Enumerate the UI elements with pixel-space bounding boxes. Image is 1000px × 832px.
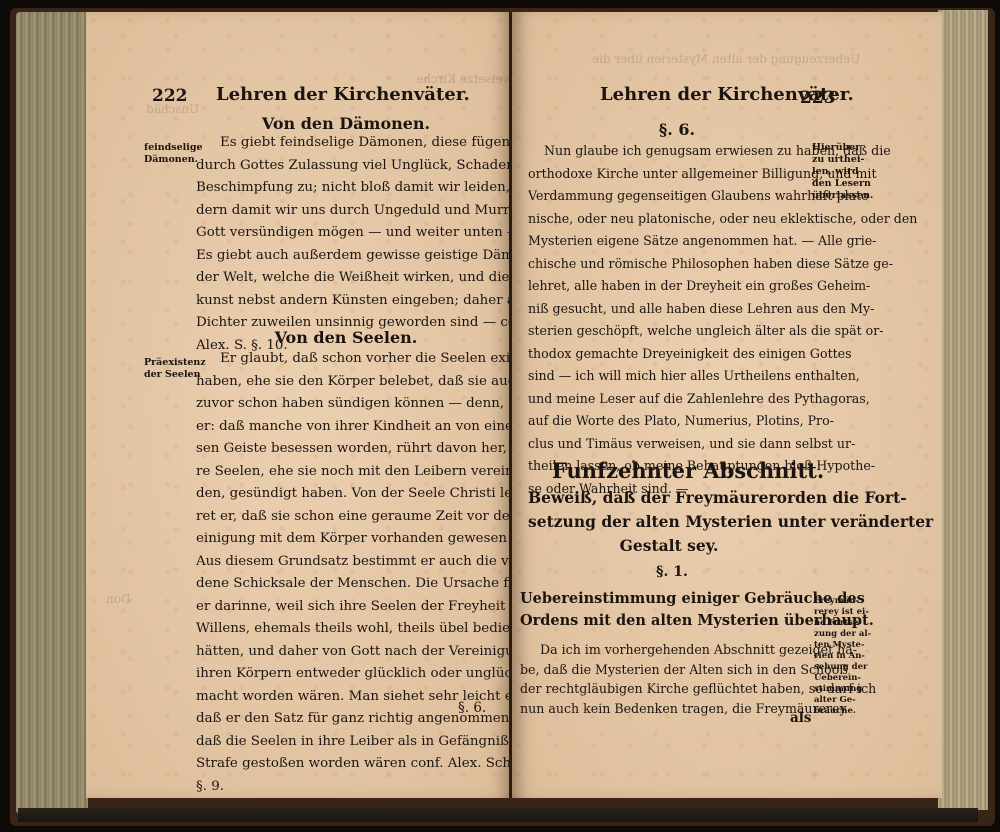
right-page: Ueberzeugung der alten Mysterien über di… [512, 12, 942, 798]
left-page-edges [16, 12, 88, 814]
chapter-subtitle: Beweiß, daß der Freymäurerorden die Fort… [528, 486, 810, 558]
margin-note-daemonen: feindselige Dämonen. [144, 142, 203, 166]
running-head: Lehren der Kirchenväter. [216, 84, 470, 105]
body-text-daemonen: Es giebt feindselige Dämonen, diese füge… [196, 132, 500, 357]
page-number: 222 [152, 86, 188, 106]
catchword: als [790, 710, 811, 726]
section-heading-seelen: Von den Seelen. [236, 328, 456, 347]
section-heading-para1: §. 1. [612, 564, 732, 580]
chapter-title: Funfzehnter Abschnitt. [552, 458, 792, 483]
body-text-seelen: Er glaubt, daß schon vorher die Seelen e… [196, 348, 500, 798]
show-through-text: Ueberzeugung der alten Mysterien über di… [592, 52, 860, 66]
left-page: ab der unbeweisetze Kirche Unschäd Don 2… [86, 12, 511, 798]
section-title-uebereinstimmung: Uebereinstimmung einiger Gebräuche des O… [520, 588, 812, 632]
cover-bottom-edge [18, 808, 978, 822]
page-number: 223 [800, 88, 836, 108]
section-heading-para6: §. 6. [602, 120, 752, 139]
show-through-text: Don [106, 592, 131, 606]
body-text-para1: Da ich im vorhergehenden Abschnitt gezei… [520, 640, 812, 718]
right-page-edges [938, 10, 988, 810]
body-text-para6: Nun glaube ich genugsam erwiesen zu habe… [528, 140, 810, 500]
section-heading-daemonen: Von den Dämonen. [236, 114, 456, 133]
catchword: §. 6. [458, 700, 486, 716]
